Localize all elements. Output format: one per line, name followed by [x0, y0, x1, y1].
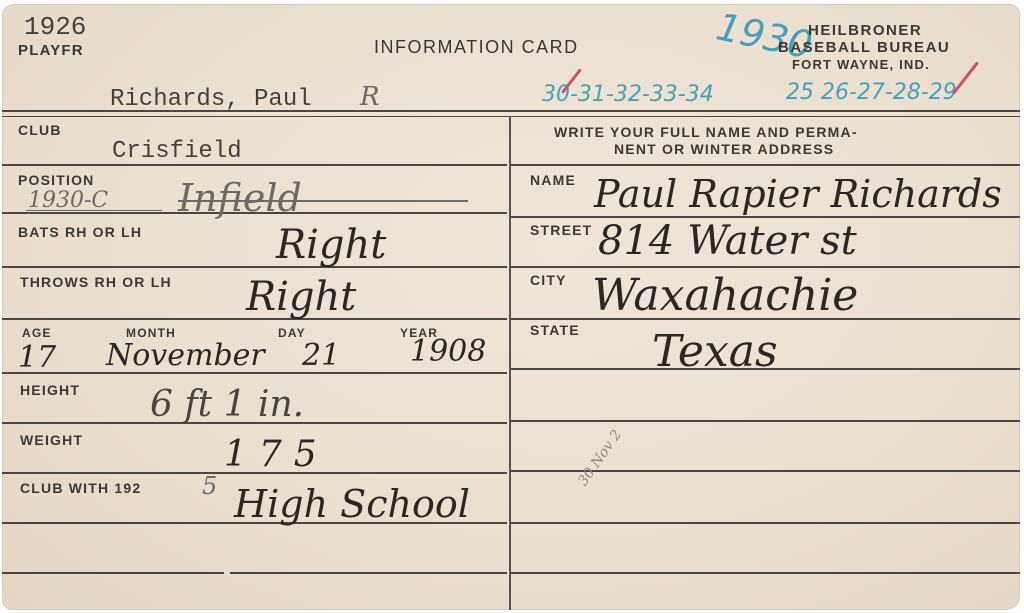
card-title: INFORMATION CARD — [374, 37, 579, 58]
bats-value: Right — [276, 222, 386, 268]
city-value: Waxahachie — [592, 270, 858, 321]
height-value: 6 ft 1 in. — [150, 384, 304, 425]
instructions-line2: NENT OR WINTER ADDRESS — [614, 141, 834, 157]
name-value: Paul Rapier Richards — [594, 172, 1002, 216]
rule — [511, 420, 1020, 422]
club-label: CLUB — [18, 122, 62, 138]
rule — [2, 266, 507, 268]
throws-value: Right — [246, 274, 356, 320]
height-label: HEIGHT — [20, 382, 80, 398]
column-divider — [509, 116, 511, 610]
rule — [511, 266, 1020, 268]
player-year: 1926 — [24, 12, 86, 42]
state-value: Texas — [652, 326, 778, 377]
player-initial: R — [360, 82, 380, 112]
strikethrough — [178, 200, 468, 202]
rule — [2, 572, 224, 574]
position-value-struck: Infield — [178, 176, 302, 220]
year-value: 1908 — [410, 334, 486, 369]
day-value: 21 — [302, 338, 340, 373]
rule — [511, 164, 1020, 166]
pencil-note: 30 Nov 2 — [575, 427, 625, 489]
throws-label: THROWS RH OR LH — [20, 274, 172, 290]
club-with-value: High School — [234, 482, 470, 526]
club-with-label: CLUB WITH 192 — [20, 480, 141, 496]
divider — [2, 110, 1020, 112]
rule — [230, 572, 507, 574]
club-value: Crisfield — [112, 138, 242, 165]
name-label: NAME — [530, 172, 576, 188]
instructions-line1: WRITE YOUR FULL NAME AND PERMA- — [554, 124, 858, 140]
street-value: 814 Water st — [598, 218, 857, 264]
divider — [2, 116, 1020, 117]
state-label: STATE — [530, 322, 580, 338]
position-label: POSITION — [18, 172, 95, 188]
player-label: PLAYFR — [18, 42, 84, 59]
information-card: 1926 PLAYFR INFORMATION CARD 1930 HEILBR… — [2, 4, 1020, 610]
year-series-right: 25 26-27-28-29 — [786, 80, 957, 105]
weight-value: 175 — [224, 434, 329, 475]
check-mark-icon — [952, 61, 979, 94]
city-label: CITY — [530, 272, 567, 288]
street-label: STREET — [530, 222, 592, 238]
rule — [2, 164, 507, 166]
bureau-line2: BASEBALL BUREAU — [778, 39, 950, 56]
age-value: 17 — [18, 340, 56, 375]
underline — [26, 210, 162, 211]
bats-label: BATS RH OR LH — [18, 224, 142, 240]
rule — [511, 522, 1020, 524]
rule — [511, 572, 1020, 574]
club-with-year-digit: 5 — [202, 472, 217, 500]
weight-label: WEIGHT — [20, 432, 83, 448]
player-name-typed: Richards, Paul — [110, 86, 312, 113]
age-label: AGE — [22, 326, 52, 340]
bureau-line3: FORT WAYNE, IND. — [792, 57, 930, 72]
bureau-line1: HEILBRONER — [808, 22, 922, 39]
month-value: November — [106, 338, 265, 373]
